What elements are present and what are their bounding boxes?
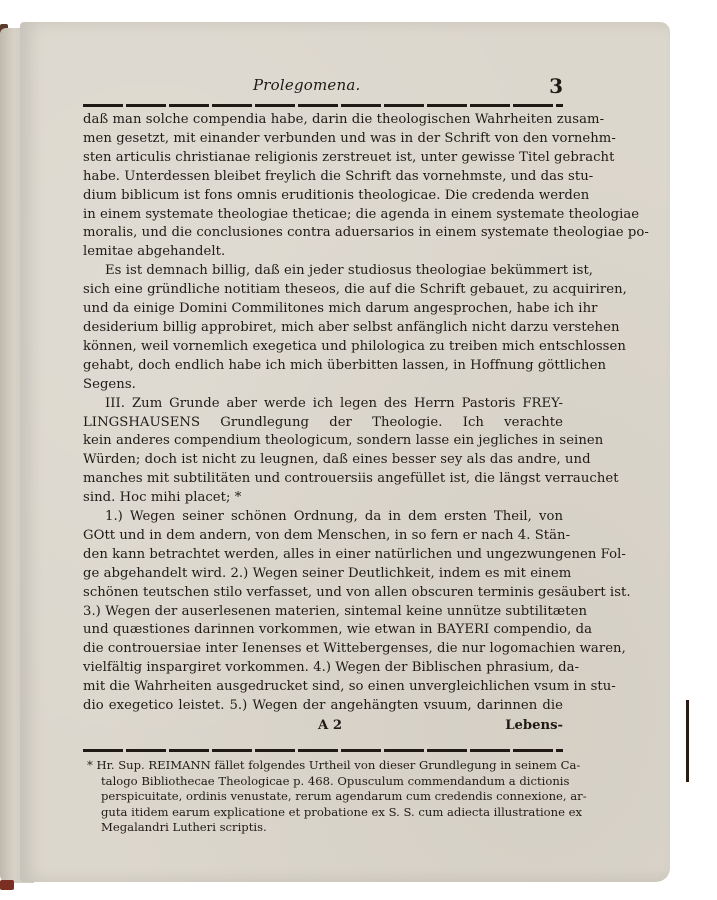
text-line: sten articulis christianae religionis ze…: [83, 149, 563, 168]
text-line: manches mit subtilitäten und controuersi…: [83, 470, 563, 489]
text-line: und da einige Domini Commilitones mich d…: [83, 300, 563, 319]
text-line: gehabt, doch endlich habe ich mich überb…: [83, 357, 563, 376]
text-line: die controuersiae inter Ienenses et Witt…: [83, 640, 563, 659]
running-head: Prolegomena. 3: [83, 74, 563, 102]
text-line: und quæstiones darinnen vorkommen, wie e…: [83, 621, 563, 640]
body-text: daß man solche compendia habe, darin die…: [83, 111, 563, 716]
text-line: habe. Unterdessen bleibet freylich die S…: [83, 168, 563, 187]
text-line: in einem systemate theologiae theticae; …: [83, 206, 563, 225]
text-line: men gesetzt, mit einander verbunden und …: [83, 130, 563, 149]
book-cover-edge-bottom: [0, 880, 14, 890]
text-line: sind. Hoc mihi placet; *: [83, 489, 563, 508]
footnote: * Hr. Sup. REIMANN fället folgendes Urth…: [83, 758, 563, 836]
book-cover-edge-right: [686, 700, 689, 782]
text-line: Segens.: [83, 376, 563, 395]
footnote-line: * Hr. Sup. REIMANN fället folgendes Urth…: [87, 758, 563, 774]
page-number: 3: [549, 74, 563, 98]
signature-line: A 2 Lebens-: [83, 716, 563, 735]
text-line: Würden; doch ist nicht zu leugnen, daß e…: [83, 451, 563, 470]
text-line: den kann betrachtet werden, alles in ein…: [83, 546, 563, 565]
footnote-line: guta itidem earum explicatione et probat…: [101, 805, 563, 821]
text-line: III. Zum Grunde aber werde ich legen des…: [83, 395, 563, 414]
footnote-line: talogo Bibliothecae Theologicae p. 468. …: [101, 774, 563, 790]
text-line: daß man solche compendia habe, darin die…: [83, 111, 563, 130]
text-line: sich eine gründliche notitiam theseos, d…: [83, 281, 563, 300]
footnote-line: Megalandri Lutheri scriptis.: [101, 820, 563, 836]
text-line: moralis, und die conclusiones contra adu…: [83, 224, 563, 243]
text-line: 3.) Wegen der auserlesenen materien, sin…: [83, 603, 563, 622]
text-line: vielfältig inspargiret vorkommen. 4.) We…: [83, 659, 563, 678]
text-line: schönen teutschen stilo verfasset, und v…: [83, 584, 563, 603]
catchword: Lebens-: [505, 716, 563, 735]
footnote-line: perspicuitate, ordinis venustate, rerum …: [101, 789, 563, 805]
text-line: LINGSHAUSENS Grundlegung der Theologie. …: [83, 414, 563, 433]
text-line: können, weil vornemlich exegetica und ph…: [83, 338, 563, 357]
text-line: ge abgehandelt wird. 2.) Wegen seiner De…: [83, 565, 563, 584]
signature-mark: A 2: [318, 716, 342, 735]
text-line: GOtt und in dem andern, von dem Menschen…: [83, 527, 563, 546]
text-line: desiderium billig approbiret, mich aber …: [83, 319, 563, 338]
running-title: Prolegomena.: [253, 76, 360, 94]
text-line: lemitae abgehandelt.: [83, 243, 563, 262]
text-line: dio exegetico leistet. 5.) Wegen der ang…: [83, 697, 563, 716]
text-line: dium biblicum ist fons omnis eruditionis…: [83, 187, 563, 206]
text-line: Es ist demnach billig, daß ein jeder stu…: [83, 262, 563, 281]
footnote-rule: [83, 749, 563, 752]
text-line: mit die Wahrheiten ausgedrucket sind, so…: [83, 678, 563, 697]
header-rule: [83, 104, 563, 107]
text-line: 1.) Wegen seiner schönen Ordnung, da in …: [83, 508, 563, 527]
book-page: Prolegomena. 3 daß man solche compendia …: [20, 22, 670, 882]
text-block: Prolegomena. 3 daß man solche compendia …: [83, 74, 563, 836]
text-line: kein anderes compendium theologicum, son…: [83, 432, 563, 451]
